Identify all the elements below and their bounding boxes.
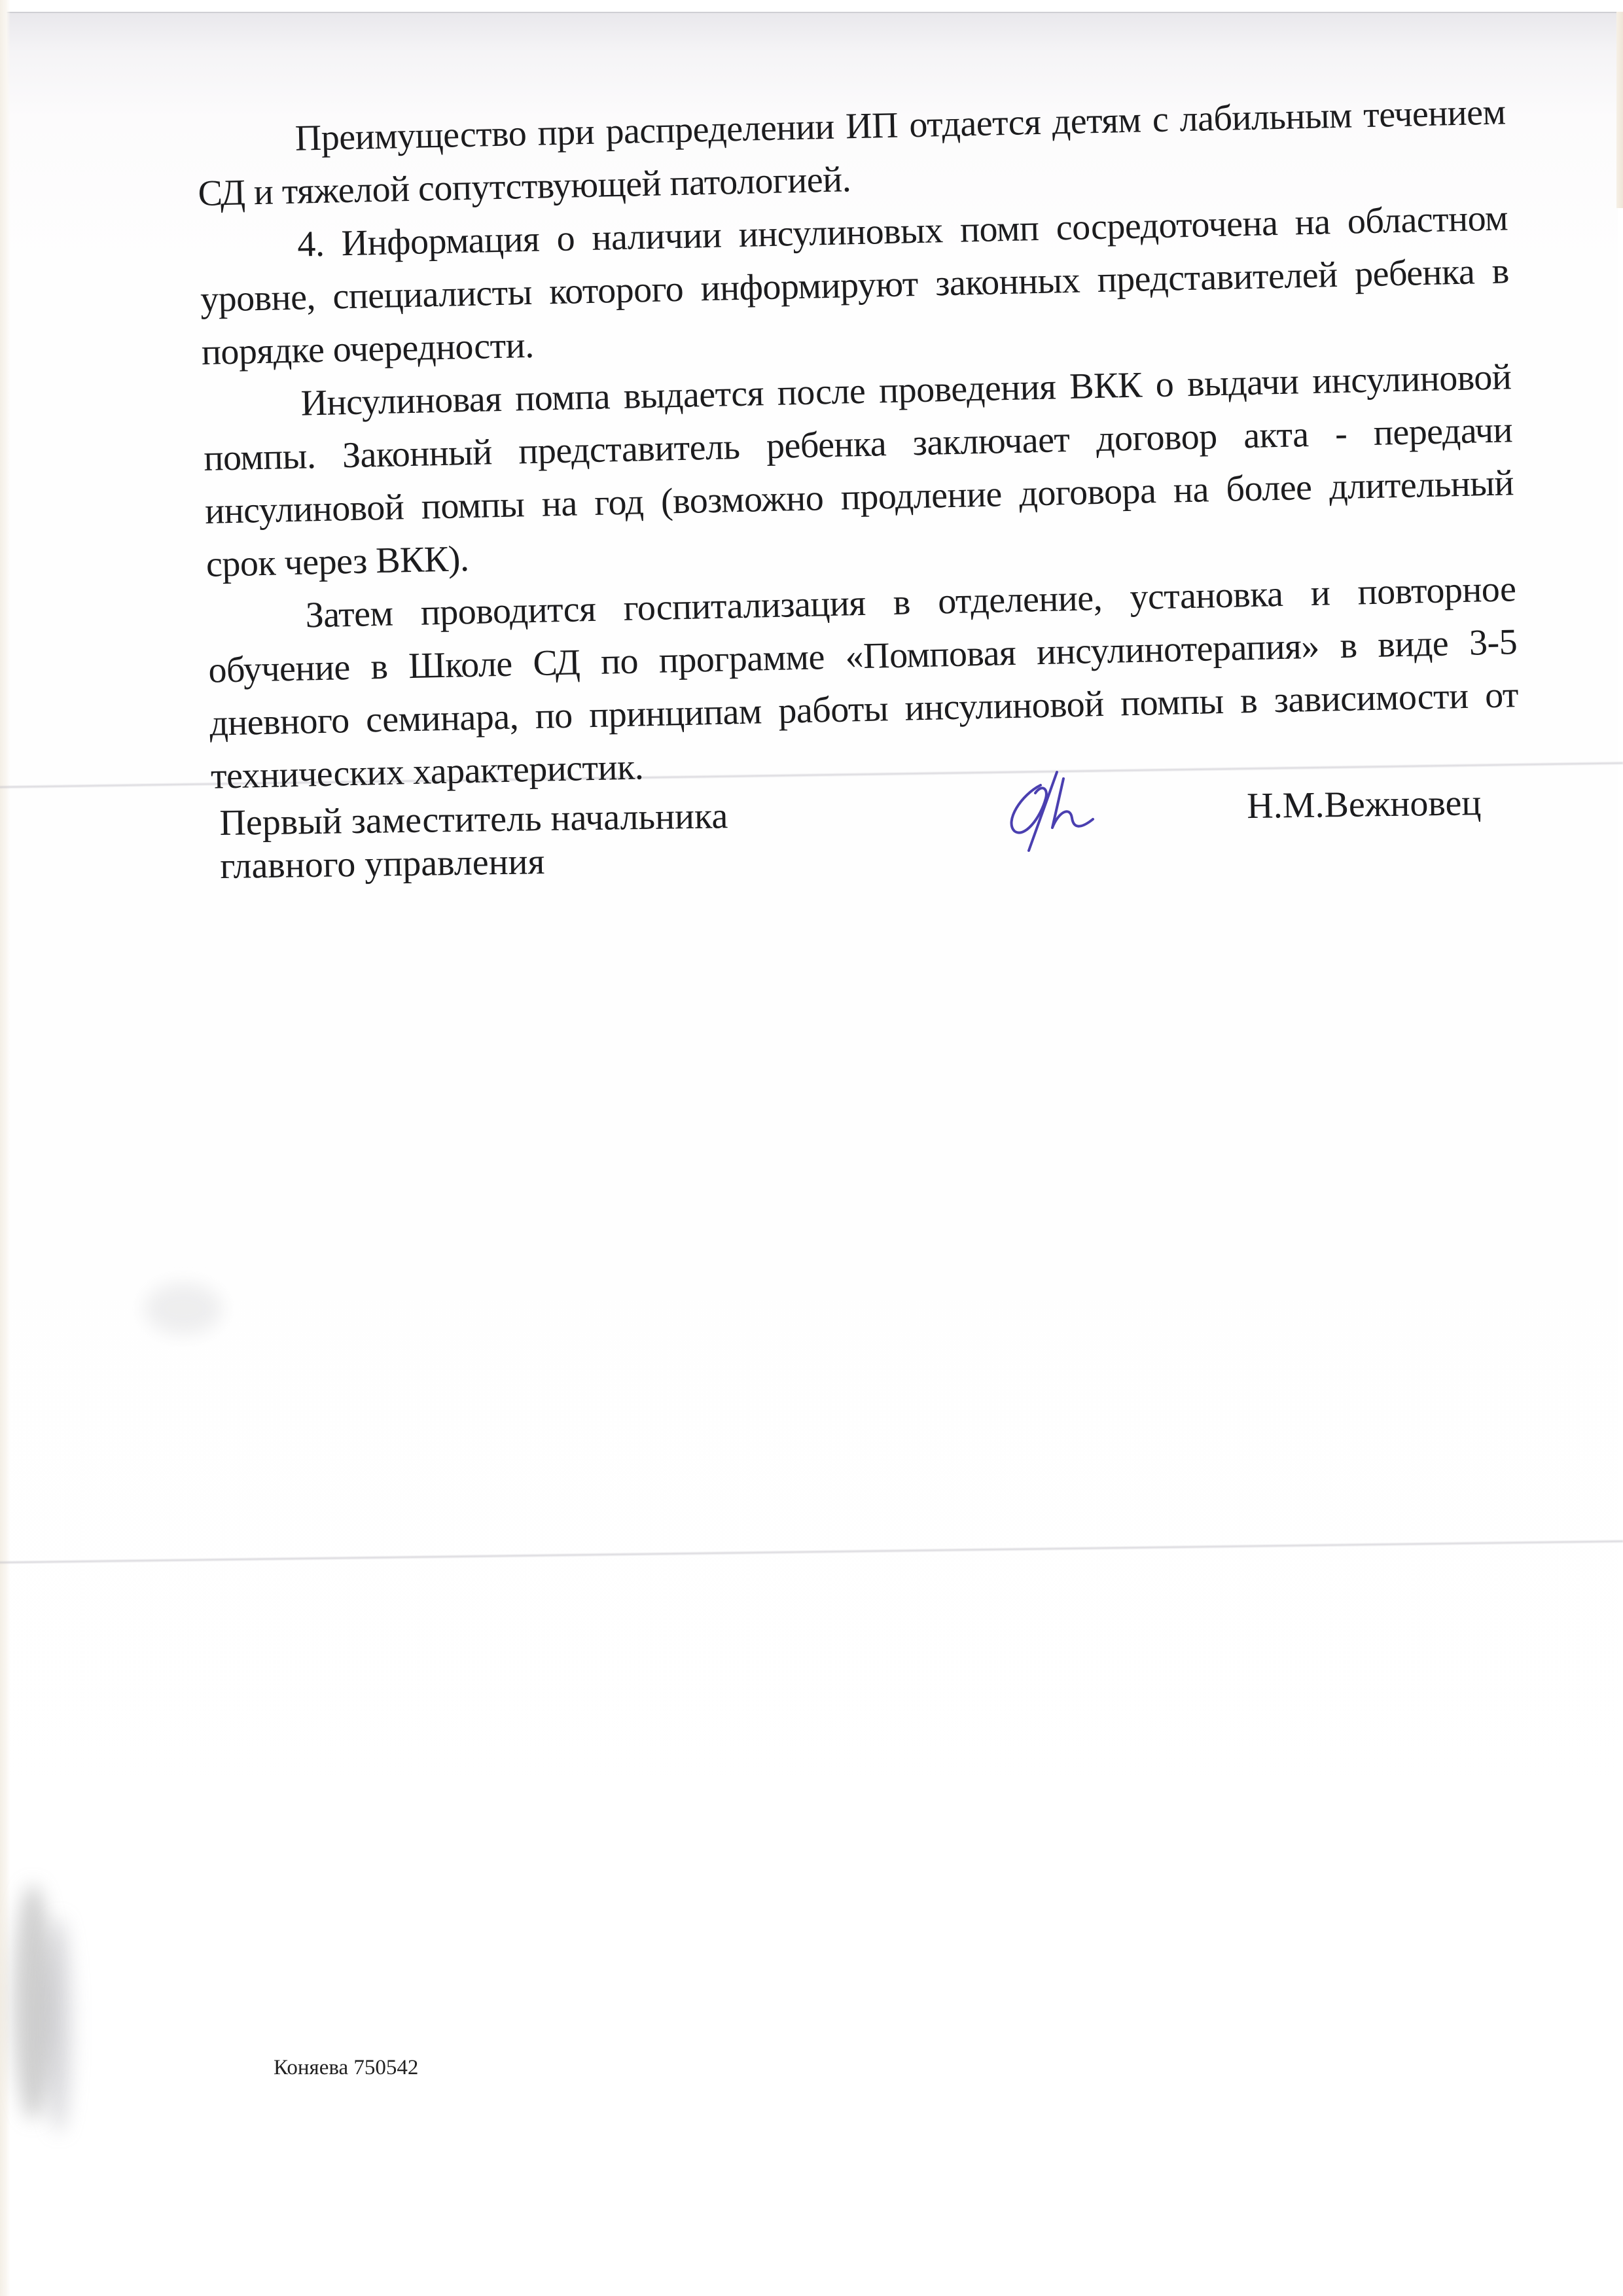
scan-left-edge — [0, 0, 10, 2296]
paragraph-item-4: 4. Информация о наличии инсулиновых помп… — [199, 192, 1511, 380]
document-body: Преимущество при распределении ИП отдает… — [196, 86, 1520, 803]
signatory-title-line-2: главного управления — [220, 838, 729, 888]
signatory-title-line-1: Первый заместитель начальника — [219, 794, 728, 845]
signature-block: Первый заместитель начальника главного у… — [219, 783, 1529, 919]
paragraph-hospitalization: Затем проводится госпитализация в отделе… — [207, 563, 1520, 804]
signatory-title: Первый заместитель начальника главного у… — [219, 794, 729, 888]
scan-right-edge — [1616, 12, 1623, 208]
paragraph-issuance: Инсулиновая помпа выдается после проведе… — [202, 351, 1516, 592]
executor-note: Коняева 750542 — [274, 2056, 418, 2080]
handwritten-signature-icon — [995, 759, 1126, 857]
signatory-name: Н.М.Вежновец — [1247, 781, 1482, 828]
